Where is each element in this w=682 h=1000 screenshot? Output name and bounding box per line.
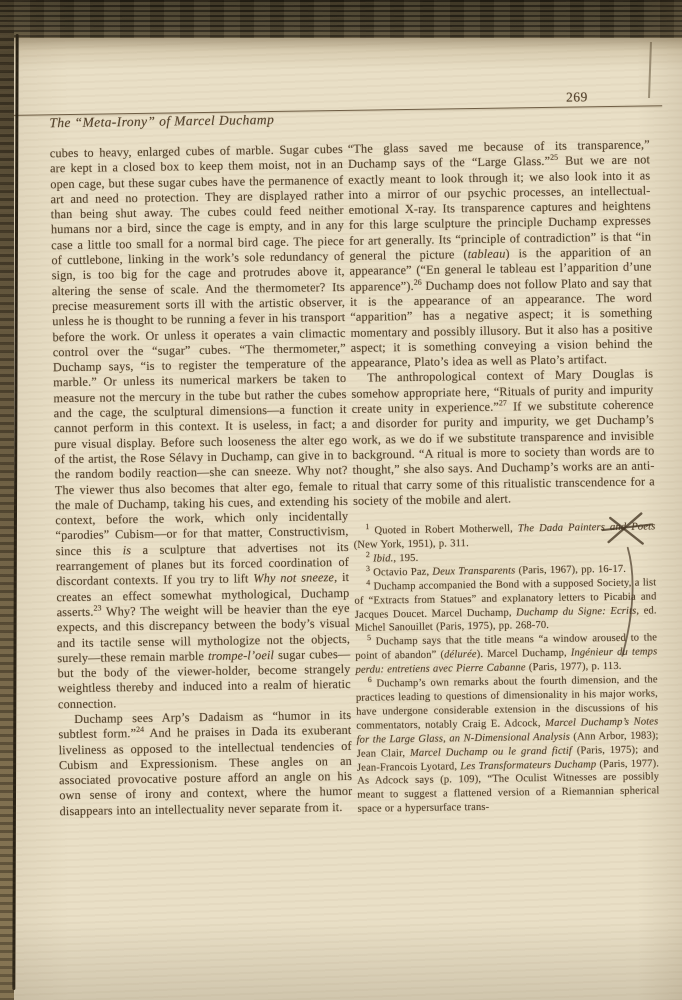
scan-fade-artifact [35, 895, 355, 985]
left-column: cubes to heavy, enlarged cubes of marble… [50, 142, 353, 819]
body-paragraph: The anthropological context of Mary Doug… [351, 367, 655, 509]
handwritten-star-annotation-icon [596, 495, 669, 666]
body-paragraph: cubes to heavy, enlarged cubes of marble… [50, 142, 351, 712]
body-paragraph: Duchamp sees Arp’s Dadaism as “humor in … [58, 708, 353, 819]
body-paragraph: “The glass saved me because of its trans… [348, 137, 653, 371]
running-head-title: The “Meta-Irony” of Marcel Duchamp [49, 112, 274, 131]
footnote: 6 Duchamp’s own remarks about the fourth… [356, 673, 660, 817]
scan-top-edge-shadow [0, 38, 682, 70]
page-number: 269 [566, 89, 588, 105]
right-column: “The glass saved me because of its trans… [348, 137, 660, 817]
header-rule [12, 105, 662, 116]
scan-top-binding-edge [0, 0, 682, 38]
page-content: The “Meta-Irony” of Marcel Duchamp 269 c… [0, 0, 682, 1000]
